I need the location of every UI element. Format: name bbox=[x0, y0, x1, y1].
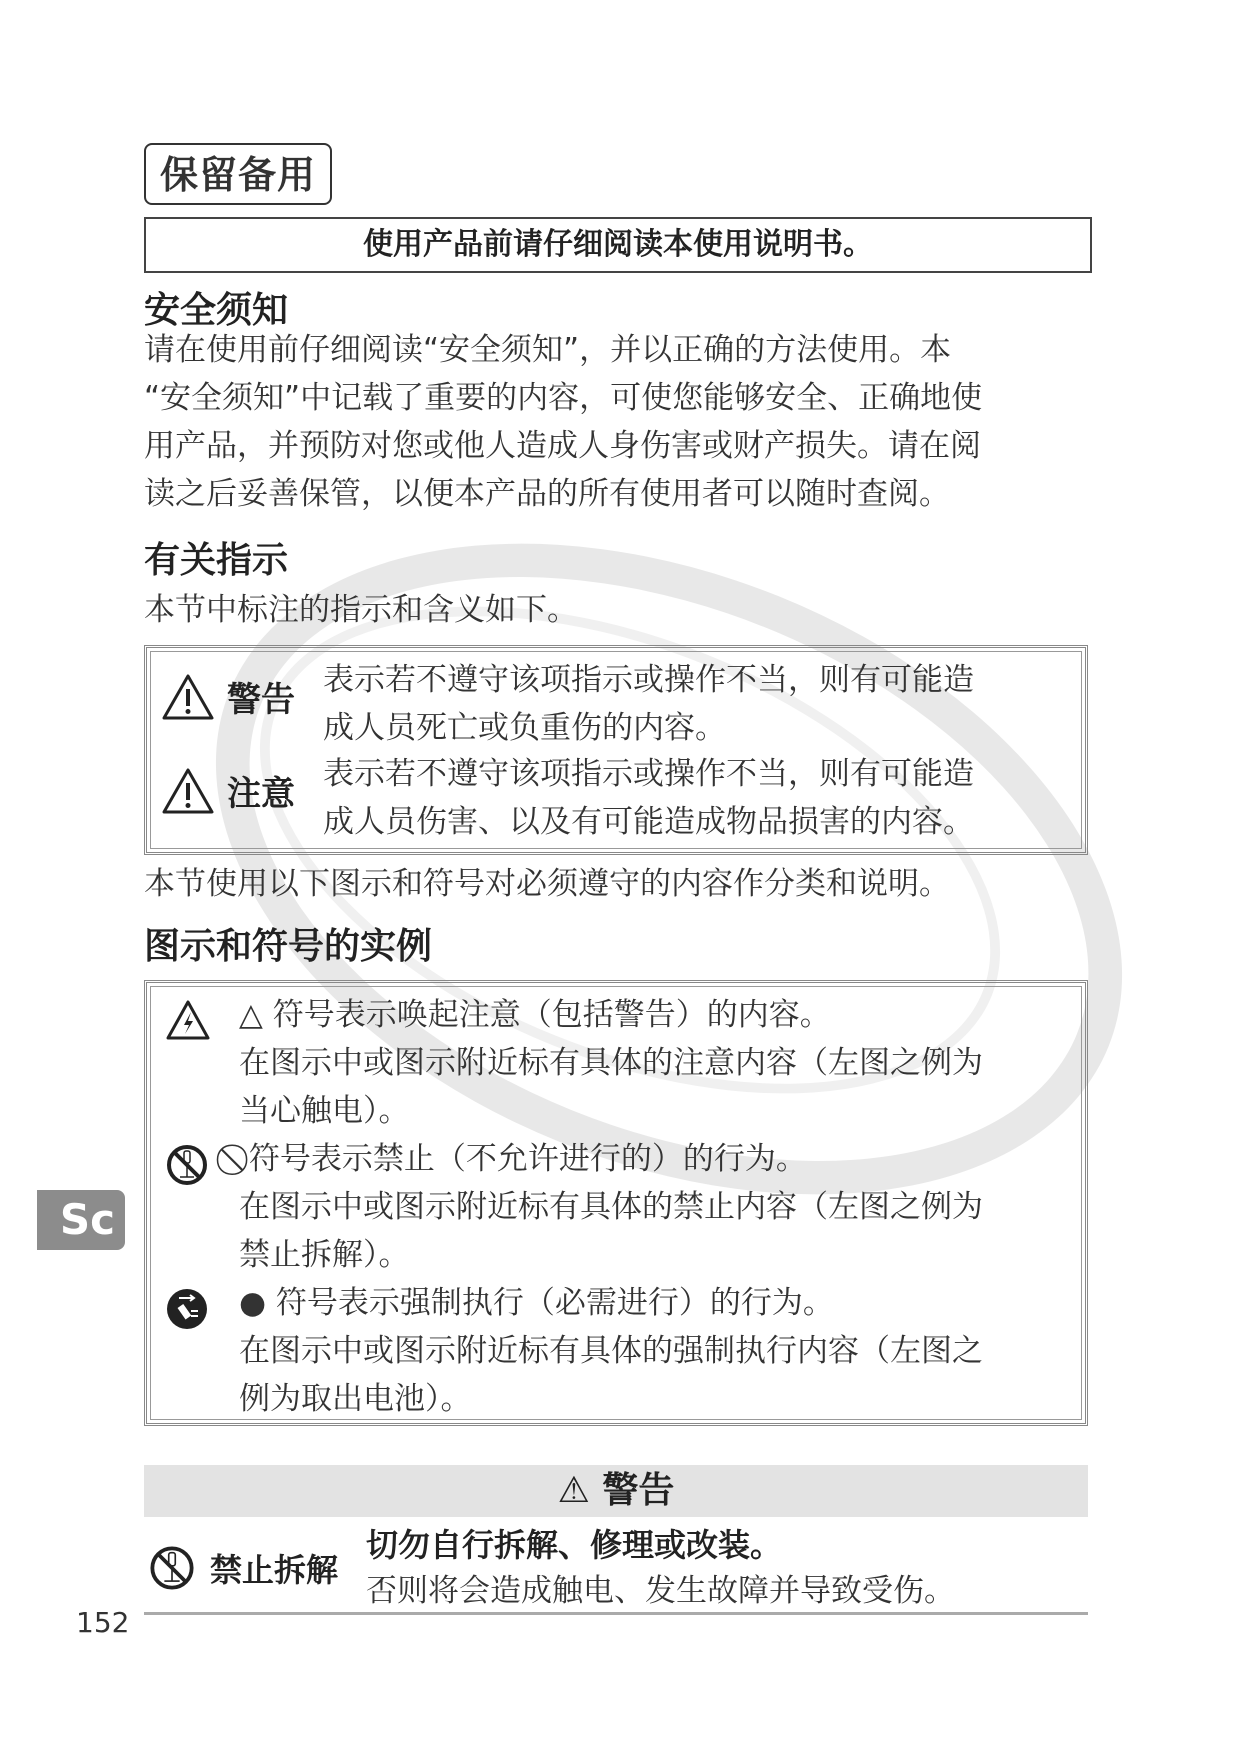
warning-label: 警告 bbox=[227, 672, 295, 721]
indications-footer: 本节使用以下图示和符号对必须遵守的内容作分类和说明。 bbox=[144, 860, 1104, 908]
symbol-line: △ 符号表示唤起注意（包括警告）的内容。 bbox=[239, 991, 1099, 1039]
warning-item-detail: 否则将会造成触电、发生故障并导致受伤。 bbox=[366, 1568, 955, 1614]
warning-header: ⚠ 警告 bbox=[144, 1465, 1088, 1517]
symbol-prohibition: ⃠ 符号表示禁止（不允许进行的）的行为。 在图示中或图示附近标有具体的禁止内容（… bbox=[165, 1135, 1099, 1279]
paragraph-line: 请在使用前仔细阅读“安全须知”，并以正确的方法使用。本 bbox=[144, 326, 1104, 374]
symbol-line: 在图示中或图示附近标有具体的注意内容（左图之例为 bbox=[239, 1039, 1099, 1087]
paragraph-line: 读之后妥善保管，以便本产品的所有使用者可以随时查阅。 bbox=[144, 470, 1104, 518]
indications-intro: 本节中标注的指示和含义如下。 bbox=[144, 586, 1104, 634]
warning-description: 表示若不遵守该项指示或操作不当，则有可能造 成人员死亡或负重伤的内容。 bbox=[323, 656, 1073, 752]
symbol-line: 在图示中或图示附近标有具体的强制执行内容（左图之 bbox=[239, 1327, 1099, 1375]
symbol-caution: △ 符号表示唤起注意（包括警告）的内容。 在图示中或图示附近标有具体的注意内容（… bbox=[165, 991, 1099, 1135]
description-line: 表示若不遵守该项指示或操作不当，则有可能造 bbox=[323, 750, 1073, 798]
reserve-label: 保留备用 bbox=[144, 143, 332, 205]
indication-warning: 警告 表示若不遵守该项指示或操作不当，则有可能造 成人员死亡或负重伤的内容。 bbox=[161, 656, 1073, 752]
language-tab: Sc bbox=[37, 1190, 125, 1250]
symbol-line: 禁止拆解）。 bbox=[239, 1231, 1099, 1279]
remove-battery-icon bbox=[165, 1287, 209, 1331]
caution-label: 注意 bbox=[227, 766, 295, 815]
caution-description: 表示若不遵守该项指示或操作不当，则有可能造 成人员伤害、以及有可能造成物品损害的… bbox=[323, 750, 1073, 846]
symbol-line: ● 符号表示强制执行（必需进行）的行为。 bbox=[239, 1279, 1099, 1327]
safety-paragraph: 请在使用前仔细阅读“安全须知”，并以正确的方法使用。本 “安全须知”中记载了重要… bbox=[144, 326, 1104, 518]
paragraph-line: 用产品，并预防对您或他人造成人身伤害或财产损失。请在阅 bbox=[144, 422, 1104, 470]
notice-banner: 使用产品前请仔细阅读本使用说明书。 bbox=[144, 217, 1092, 273]
warning-item-label: 禁止拆解 bbox=[210, 1545, 360, 1591]
no-disassembly-icon bbox=[165, 1143, 209, 1187]
paragraph-line: “安全须知”中记载了重要的内容，可使您能够安全、正确地使 bbox=[144, 374, 1104, 422]
divider bbox=[144, 1612, 1088, 1615]
symbol-line: 在图示中或图示附近标有具体的禁止内容（左图之例为 bbox=[239, 1183, 1099, 1231]
description-line: 表示若不遵守该项指示或操作不当，则有可能造 bbox=[323, 656, 1073, 704]
warning-item: 禁止拆解 切勿自行拆解、修理或改装。 否则将会造成触电、发生故障并导致受伤。 bbox=[148, 1522, 955, 1614]
indication-caution: 注意 表示若不遵守该项指示或操作不当，则有可能造 成人员伤害、以及有可能造成物品… bbox=[161, 750, 1073, 846]
symbols-box: △ 符号表示唤起注意（包括警告）的内容。 在图示中或图示附近标有具体的注意内容（… bbox=[144, 980, 1088, 1426]
description-line: 成人员死亡或负重伤的内容。 bbox=[323, 704, 1073, 752]
symbols-title: 图示和符号的实例 bbox=[144, 918, 432, 969]
symbol-line: 当心触电）。 bbox=[239, 1087, 1099, 1135]
symbol-line: ⃠ 符号表示禁止（不允许进行的）的行为。 bbox=[239, 1135, 1099, 1183]
indications-title: 有关指示 bbox=[144, 532, 288, 583]
no-disassembly-icon bbox=[148, 1544, 196, 1592]
warning-triangle-icon bbox=[161, 673, 215, 721]
symbol-line: 例为取出电池）。 bbox=[239, 1375, 1099, 1423]
symbol-mandatory: ● 符号表示强制执行（必需进行）的行为。 在图示中或图示附近标有具体的强制执行内… bbox=[165, 1279, 1099, 1423]
indications-box: 警告 表示若不遵守该项指示或操作不当，则有可能造 成人员死亡或负重伤的内容。 注… bbox=[144, 645, 1088, 855]
description-line: 成人员伤害、以及有可能造成物品损害的内容。 bbox=[323, 798, 1073, 846]
caution-triangle-icon bbox=[161, 767, 215, 815]
warning-item-title: 切勿自行拆解、修理或改装。 bbox=[366, 1522, 955, 1568]
electric-shock-icon bbox=[165, 999, 211, 1041]
page-number: 152 bbox=[76, 1606, 129, 1639]
